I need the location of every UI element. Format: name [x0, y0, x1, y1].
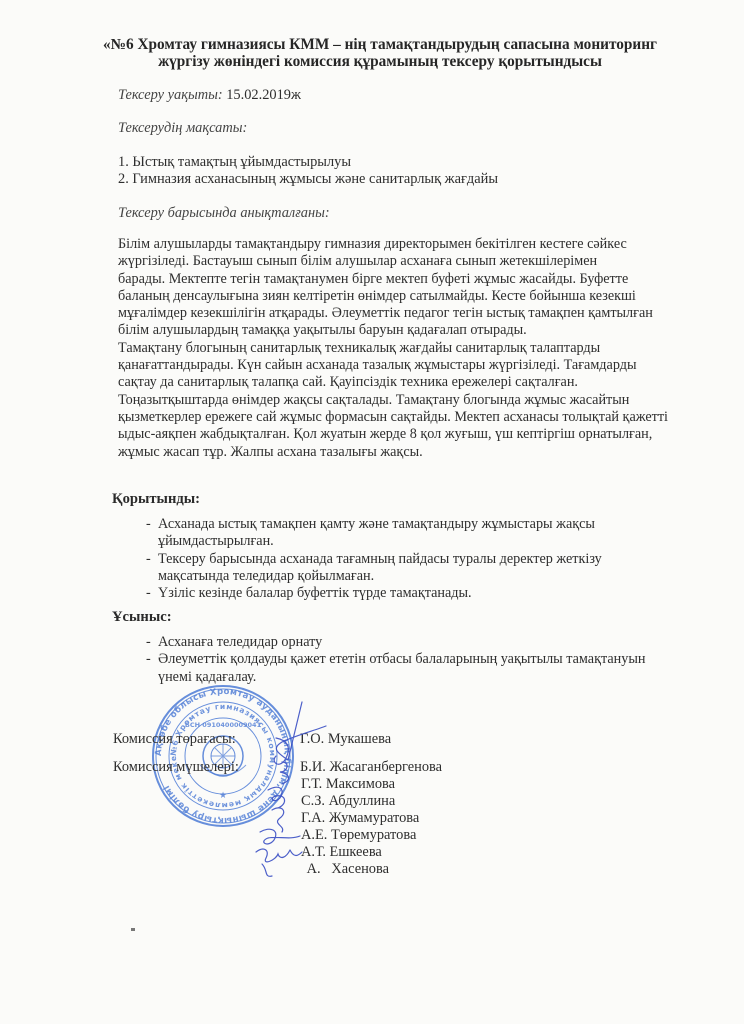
scan-speck [131, 928, 135, 931]
findings-line: ыдыс-аяқпен жабдықталған. Қол жуатын жер… [118, 426, 678, 443]
recommendation-text: Асханаға теледидар орнату [157, 634, 686, 651]
purpose-label: Тексерудің мақсаты: [118, 120, 247, 137]
conclusion-list: - Асханада ыстық тамақпен қамту және там… [146, 516, 686, 602]
bullet-dash: - [146, 585, 151, 602]
title-line-1: «№6 Хромтау гимназиясы КММ – нің тамақта… [100, 36, 660, 53]
inspection-date: Тексеру уақыты: 15.02.2019ж [118, 87, 301, 104]
recommendation-item: - Әлеуметтік қолдауды қажет ететін отбас… [146, 651, 686, 686]
findings-line: баланың денсаулығына зиян келтіретін өні… [118, 288, 678, 305]
findings-line: Тамақтану блогының санитарлық техникалық… [118, 340, 678, 357]
findings-line: жұмыс жасап тұр. Жалпы асхана тазалығы ж… [118, 444, 678, 461]
findings-line: жүргізіледі. Бастауыш сынып білім алушыл… [118, 253, 678, 270]
conclusion-item: - Тексеру барысында асханада тағамның па… [146, 551, 686, 586]
findings-line: қызметкерлер ережеге сай жұмыс формасын … [118, 409, 678, 426]
svg-text:★: ★ [219, 791, 227, 801]
recommendation-list: - Асханаға теледидар орнату - Әлеуметтік… [146, 634, 686, 686]
findings-label: Тексеру барысында анықталғаны: [118, 205, 330, 222]
inspection-date-value: 15.02.2019ж [226, 87, 301, 103]
conclusion-text: Тексеру барысында асханада тағамның пайд… [157, 551, 686, 568]
conclusion-text: мақсатында теледидар қойылмаған. [157, 568, 686, 585]
bullet-dash: - [146, 634, 151, 651]
findings-line: Тоңазытқыштарда өнімдер жақсы сақталады.… [118, 392, 678, 409]
bullet-dash: - [146, 651, 151, 668]
recommendation-text: Әлеуметтік қолдауды қажет ететін отбасы … [157, 651, 686, 668]
conclusion-heading: Қорытынды: [112, 491, 200, 508]
findings-line: Білім алушыларды тамақтандыру гимназия д… [118, 236, 678, 253]
purpose-item-1: 1. Ыстық тамақтың ұйымдастырылуы [118, 154, 351, 171]
bullet-dash: - [146, 516, 151, 533]
conclusion-item: - Үзіліс кезінде балалар буфеттік түрде … [146, 585, 686, 602]
recommendation-heading: Ұсыныс: [112, 609, 172, 626]
recommendation-item: - Асханаға теледидар орнату [146, 634, 686, 651]
purpose-item-2: 2. Гимназия асханасының жұмысы және сани… [118, 171, 498, 188]
findings-line: мұғалімдер кезекшілігін атқарады. Әлеуме… [118, 305, 678, 322]
findings-line: қанағаттандырады. Күн сайын асханада таз… [118, 357, 678, 374]
document-title: «№6 Хромтау гимназиясы КММ – нің тамақта… [100, 36, 660, 70]
title-line-2: жүргізу жөніндегі комиссия құрамының тек… [100, 53, 660, 70]
findings-line: барады. Мектепте тегін тамақтанумен бірг… [118, 271, 678, 288]
chair-label: Комиссия төрағасы: [113, 731, 236, 748]
inspection-date-label: Тексеру уақыты: [118, 87, 223, 103]
findings-line: сақтау да санитарлық талапқа сай. Қауіпс… [118, 374, 678, 391]
document-page: «№6 Хромтау гимназиясы КММ – нің тамақта… [0, 0, 744, 1024]
conclusion-text: ұйымдастырылған. [157, 533, 686, 550]
bullet-dash: - [146, 551, 151, 568]
conclusion-item: - Асханада ыстық тамақпен қамту және там… [146, 516, 686, 551]
findings-paragraph: Білім алушыларды тамақтандыру гимназия д… [118, 236, 678, 461]
members-label: Комиссия мүшелері: [113, 759, 239, 776]
conclusion-text: Асханада ыстық тамақпен қамту және тамақ… [157, 516, 686, 533]
conclusion-text: Үзіліс кезінде балалар буфеттік түрде та… [157, 585, 686, 602]
findings-line: білім алушылардың тамаққа уақытылы баруы… [118, 322, 678, 339]
signatures-icon [246, 700, 336, 880]
